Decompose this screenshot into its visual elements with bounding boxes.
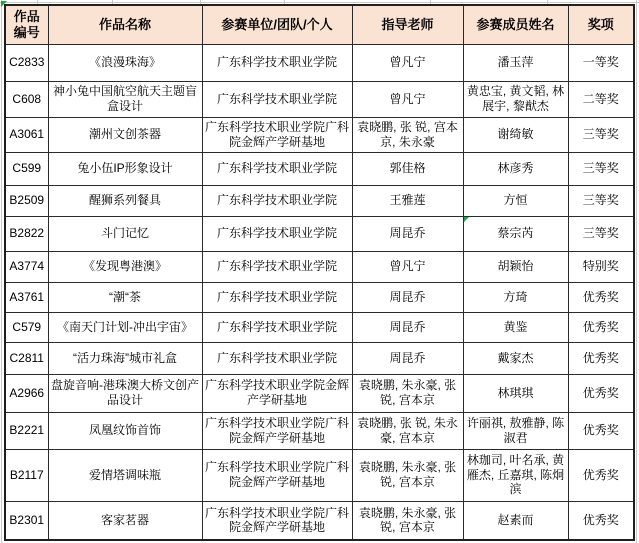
cell-award[interactable]: 三等奖	[568, 152, 634, 185]
cell-teacher[interactable]: 王雅莲	[352, 185, 463, 216]
cell-unit[interactable]: 广东科学技术职业学院	[202, 44, 352, 81]
cell-title[interactable]: 斗门记忆	[48, 216, 202, 251]
cell-members[interactable]: 谢绮敏	[463, 117, 568, 152]
cell-code[interactable]: C608	[5, 81, 48, 117]
awards-table: 作品编号 作品名称 参赛单位/团队/个人 指导老师 参赛成员姓名 奖项 C283…	[4, 4, 635, 541]
cell-code[interactable]: C2833	[5, 44, 48, 81]
cell-teacher[interactable]: 曾凡宁	[352, 251, 463, 282]
table-row: C579 《南天门计划-冲出宇宙》 广东科学技术职业学院 周昆乔 黄鉴 优秀奖	[5, 312, 634, 342]
cell-title[interactable]: “活力珠海”城市礼盒	[48, 342, 202, 374]
cell-members[interactable]: 林珈司, 叶名承, 黄雁杰, 丘嘉琪, 陈炯滨	[463, 449, 568, 501]
cell-teacher[interactable]: 曾凡宁	[352, 81, 463, 117]
cell-award[interactable]: 优秀奖	[568, 312, 634, 342]
cell-members[interactable]: 黄忠宝, 黄文韬, 林展宇, 黎猷杰	[463, 81, 568, 117]
table-row: B2117 爱情塔调味瓶 广东科学技术职业学院广科院金辉产学研基地 袁晓鹏, 朱…	[5, 449, 634, 501]
cell-award[interactable]: 优秀奖	[568, 412, 634, 449]
cell-members[interactable]: 赵素而	[463, 501, 568, 540]
cell-teacher[interactable]: 袁晓鹏, 朱永豪, 张锐, 宫本京	[352, 501, 463, 540]
table-row: B2301 客家茗器 广东科学技术职业学院广科院金辉产学研基地 袁晓鹏, 朱永豪…	[5, 501, 634, 540]
table-row: C2833 《浪漫珠海》 广东科学技术职业学院 曾凡宁 潘玉萍 一等奖	[5, 44, 634, 81]
cell-teacher[interactable]: 周昆乔	[352, 312, 463, 342]
cell-members[interactable]: 方恒	[463, 185, 568, 216]
cell-unit[interactable]: 广东科学技术职业学院金辉产学研基地	[202, 374, 352, 412]
cell-teacher[interactable]: 袁晓鹏, 张 锐, 朱永豪, 宫本京	[352, 412, 463, 449]
cell-members[interactable]: 方琦	[463, 282, 568, 312]
table-row: A2966 盘旋音响-港珠澳大桥文创产品设计 广东科学技术职业学院金辉产学研基地…	[5, 374, 634, 412]
cell-code[interactable]: A3774	[5, 251, 48, 282]
cell-title[interactable]: 潮州文创茶器	[48, 117, 202, 152]
cell-unit[interactable]: 广东科学技术职业学院	[202, 312, 352, 342]
cell-unit[interactable]: 广东科学技术职业学院广科院金辉产学研基地	[202, 449, 352, 501]
cell-title[interactable]: 醒狮系列餐具	[48, 185, 202, 216]
cell-members[interactable]: 黄鉴	[463, 312, 568, 342]
cell-unit[interactable]: 广东科学技术职业学院	[202, 216, 352, 251]
cell-unit[interactable]: 广东科学技术职业学院	[202, 342, 352, 374]
table-row: B2221 凤凰纹饰首饰 广东科学技术职业学院广科院金辉产学研基地 袁晓鹏, 张…	[5, 412, 634, 449]
cell-code[interactable]: B2221	[5, 412, 48, 449]
cell-title[interactable]: 客家茗器	[48, 501, 202, 540]
cell-title[interactable]: 兔小伍IP形象设计	[48, 152, 202, 185]
table-row: B2822 斗门记忆 广东科学技术职业学院 周昆乔 蔡宗芮 三等奖	[5, 216, 634, 251]
cell-members[interactable]: 潘玉萍	[463, 44, 568, 81]
cell-teacher[interactable]: 袁晓鹏, 朱永豪, 张锐, 宫本京	[352, 449, 463, 501]
header-row: 作品编号 作品名称 参赛单位/团队/个人 指导老师 参赛成员姓名 奖项	[5, 5, 634, 44]
header-members[interactable]: 参赛成员姓名	[463, 5, 568, 44]
table-row: C599 兔小伍IP形象设计 广东科学技术职业学院 郭佳格 林彦秀 三等奖	[5, 152, 634, 185]
table-row: A3774 《发现粤港澳》 广东科学技术职业学院 曾凡宁 胡颖怡 特别奖	[5, 251, 634, 282]
cell-code[interactable]: C599	[5, 152, 48, 185]
cell-code[interactable]: A2966	[5, 374, 48, 412]
header-code[interactable]: 作品编号	[5, 5, 48, 44]
table-row: C2811 “活力珠海”城市礼盒 广东科学技术职业学院 周昆乔 戴家杰 优秀奖	[5, 342, 634, 374]
cell-award[interactable]: 一等奖	[568, 44, 634, 81]
cell-unit[interactable]: 广东科学技术职业学院广科院金辉产学研基地	[202, 501, 352, 540]
table-row: C608 神小兔中国航空航天主题盲盒设计 广东科学技术职业学院 曾凡宁 黄忠宝,…	[5, 81, 634, 117]
cell-code[interactable]: B2822	[5, 216, 48, 251]
cell-code[interactable]: B2117	[5, 449, 48, 501]
sheet-gridline-right	[636, 0, 637, 543]
cell-award[interactable]: 二等奖	[568, 81, 634, 117]
cell-teacher[interactable]: 周昆乔	[352, 282, 463, 312]
cell-teacher[interactable]: 周昆乔	[352, 216, 463, 251]
table-row: B2509 醒狮系列餐具 广东科学技术职业学院 王雅莲 方恒 三等奖	[5, 185, 634, 216]
cell-unit[interactable]: 广东科学技术职业学院广科院金辉产学研基地	[202, 117, 352, 152]
cell-code[interactable]: C2811	[5, 342, 48, 374]
cell-members[interactable]: 蔡宗芮	[463, 216, 568, 251]
spreadsheet-canvas: 作品编号 作品名称 参赛单位/团队/个人 指导老师 参赛成员姓名 奖项 C283…	[0, 0, 639, 543]
table-row: A3061 潮州文创茶器 广东科学技术职业学院广科院金辉产学研基地 袁晓鹏, 张…	[5, 117, 634, 152]
cell-members[interactable]: 林琪琪	[463, 374, 568, 412]
cell-teacher[interactable]: 袁晓鹏, 张 锐, 宫本京, 朱永豪	[352, 117, 463, 152]
cell-award[interactable]: 优秀奖	[568, 374, 634, 412]
cell-award[interactable]: 三等奖	[568, 216, 634, 251]
cell-members[interactable]: 许丽祺, 敖雅静, 陈淑君	[463, 412, 568, 449]
cell-members[interactable]: 林彦秀	[463, 152, 568, 185]
table-row: A3761 “潮“茶 广东科学技术职业学院 周昆乔 方琦 优秀奖	[5, 282, 634, 312]
cell-code[interactable]: A3761	[5, 282, 48, 312]
cell-teacher[interactable]: 郭佳格	[352, 152, 463, 185]
cell-teacher[interactable]: 袁晓鹏, 朱永豪, 张锐, 宫本京	[352, 374, 463, 412]
cell-code[interactable]: C579	[5, 312, 48, 342]
cell-code[interactable]: B2509	[5, 185, 48, 216]
cell-unit[interactable]: 广东科学技术职业学院	[202, 282, 352, 312]
cell-title[interactable]: 盘旋音响-港珠澳大桥文创产品设计	[48, 374, 202, 412]
header-title[interactable]: 作品名称	[48, 5, 202, 44]
cell-teacher[interactable]: 曾凡宁	[352, 44, 463, 81]
header-teacher[interactable]: 指导老师	[352, 5, 463, 44]
cell-members[interactable]: 胡颖怡	[463, 251, 568, 282]
cell-award[interactable]: 优秀奖	[568, 282, 634, 312]
cell-award[interactable]: 优秀奖	[568, 449, 634, 501]
cell-teacher[interactable]: 周昆乔	[352, 342, 463, 374]
cell-unit[interactable]: 广东科学技术职业学院	[202, 251, 352, 282]
cell-award[interactable]: 优秀奖	[568, 501, 634, 540]
cell-award[interactable]: 优秀奖	[568, 342, 634, 374]
cell-title[interactable]: 神小兔中国航空航天主题盲盒设计	[48, 81, 202, 117]
sheet-gridline-top	[0, 2, 639, 3]
cell-unit[interactable]: 广东科学技术职业学院广科院金辉产学研基地	[202, 412, 352, 449]
cell-code[interactable]: A3061	[5, 117, 48, 152]
cell-unit[interactable]: 广东科学技术职业学院	[202, 185, 352, 216]
cell-title[interactable]: 凤凰纹饰首饰	[48, 412, 202, 449]
cell-title[interactable]: 《发现粤港澳》	[48, 251, 202, 282]
cell-code[interactable]: B2301	[5, 501, 48, 540]
cell-unit[interactable]: 广东科学技术职业学院	[202, 81, 352, 117]
cell-award[interactable]: 三等奖	[568, 185, 634, 216]
cell-title[interactable]: 《南天门计划-冲出宇宙》	[48, 312, 202, 342]
sheet-gridline-left	[1, 0, 2, 543]
header-award[interactable]: 奖项	[568, 5, 634, 44]
cell-title[interactable]: 《浪漫珠海》	[48, 44, 202, 81]
cell-award[interactable]: 特别奖	[568, 251, 634, 282]
cell-unit[interactable]: 广东科学技术职业学院	[202, 152, 352, 185]
cell-title[interactable]: 爱情塔调味瓶	[48, 449, 202, 501]
header-unit[interactable]: 参赛单位/团队/个人	[202, 5, 352, 44]
cell-title[interactable]: “潮“茶	[48, 282, 202, 312]
cell-award[interactable]: 三等奖	[568, 117, 634, 152]
cell-members[interactable]: 戴家杰	[463, 342, 568, 374]
